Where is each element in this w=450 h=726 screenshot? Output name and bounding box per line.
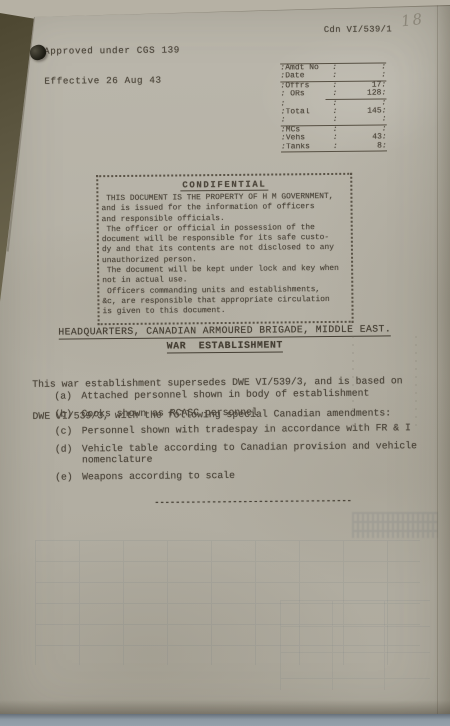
- list-item: (e)Weapons according to scale: [55, 468, 435, 483]
- typed-content-layer: Approved under CGS 139 Effective 26 Aug …: [0, 0, 450, 726]
- classification-text: CONDIFENTIAL: [180, 180, 268, 192]
- colon-separator: [382, 116, 387, 124]
- list-item: (c)Personnel shown with tradespay in acc…: [55, 422, 435, 437]
- strength-summary-table: Amdt No Date Offrs17 ORs128 Total145 MCs…: [280, 62, 387, 152]
- item-letter: (c): [55, 425, 75, 436]
- classification-heading: CONDIFENTIAL: [101, 179, 347, 191]
- war-establishment-text: WAR ESTABLISHMENT: [167, 339, 283, 353]
- dashed-separator: --------------------------------------: [154, 496, 352, 508]
- row-label: Date: [285, 72, 332, 81]
- row-value: 128: [338, 90, 381, 99]
- list-item: (b)Cooks shown as RCASC personnel: [54, 404, 434, 419]
- row-label: Tanks: [286, 142, 333, 151]
- notice-line: is given to this document.: [102, 305, 348, 318]
- photograph-of-document: Approved under CGS 139 Effective 26 Aug …: [0, 0, 450, 726]
- unit-heading-text: HEADQUARTERS, CANADIAN ARMOURED BRIGADE,…: [58, 323, 391, 339]
- approval-line: Approved under CGS 139: [44, 45, 180, 56]
- row-label: ORs: [285, 90, 332, 99]
- colon-separator: [381, 72, 386, 80]
- item-text: Personnel shown with tradespay in accord…: [82, 422, 427, 436]
- colon-separator: [333, 116, 339, 124]
- table-row: ORs128: [280, 90, 386, 99]
- colon-separator: [381, 90, 386, 98]
- war-establishment-heading: WAR ESTABLISHMENT: [28, 338, 422, 353]
- table-surface-strip: [0, 714, 450, 726]
- paper-right-edge: [437, 0, 438, 726]
- item-text: Cooks shown as RCASC personnel: [81, 405, 426, 419]
- item-letter: (a): [54, 390, 74, 401]
- item-letter: (e): [55, 471, 75, 482]
- item-text: Attached personnel shown in body of esta…: [81, 387, 426, 401]
- unit-heading: HEADQUARTERS, CANADIAN ARMOURED BRIGADE,…: [28, 323, 422, 338]
- item-letter: (b): [54, 408, 74, 419]
- document-reference: Cdn VI/539/1: [324, 24, 392, 35]
- security-classification-box: CONDIFENTIAL THIS DOCUMENT IS THE PROPER…: [96, 173, 353, 325]
- table-row: Tanks8: [281, 142, 387, 151]
- list-item: (a)Attached personnel shown in body of e…: [54, 387, 434, 402]
- page-number-handwritten: 18: [400, 10, 425, 31]
- effective-line: Effective 26 Aug 43: [44, 75, 180, 86]
- row-label: Total: [286, 108, 333, 117]
- colon-separator: [332, 72, 338, 80]
- paper-bottom-shadow: [0, 700, 450, 714]
- colon-separator: [281, 117, 286, 125]
- item-text: Vehicle table according to Canadian prov…: [82, 440, 427, 465]
- amendments-list: (a)Attached personnel shown in body of e…: [54, 387, 435, 489]
- list-item: (d)Vehicle table according to Canadian p…: [55, 439, 435, 465]
- approval-stamp: Approved under CGS 139 Effective 26 Aug …: [44, 25, 181, 106]
- row-value: 145: [339, 107, 382, 116]
- item-letter: (d): [55, 443, 75, 465]
- row-value: 8: [339, 142, 382, 151]
- colon-separator: [382, 142, 387, 150]
- item-text: Weapons according to scale: [82, 468, 427, 482]
- document-page: Approved under CGS 139 Effective 26 Aug …: [0, 0, 450, 726]
